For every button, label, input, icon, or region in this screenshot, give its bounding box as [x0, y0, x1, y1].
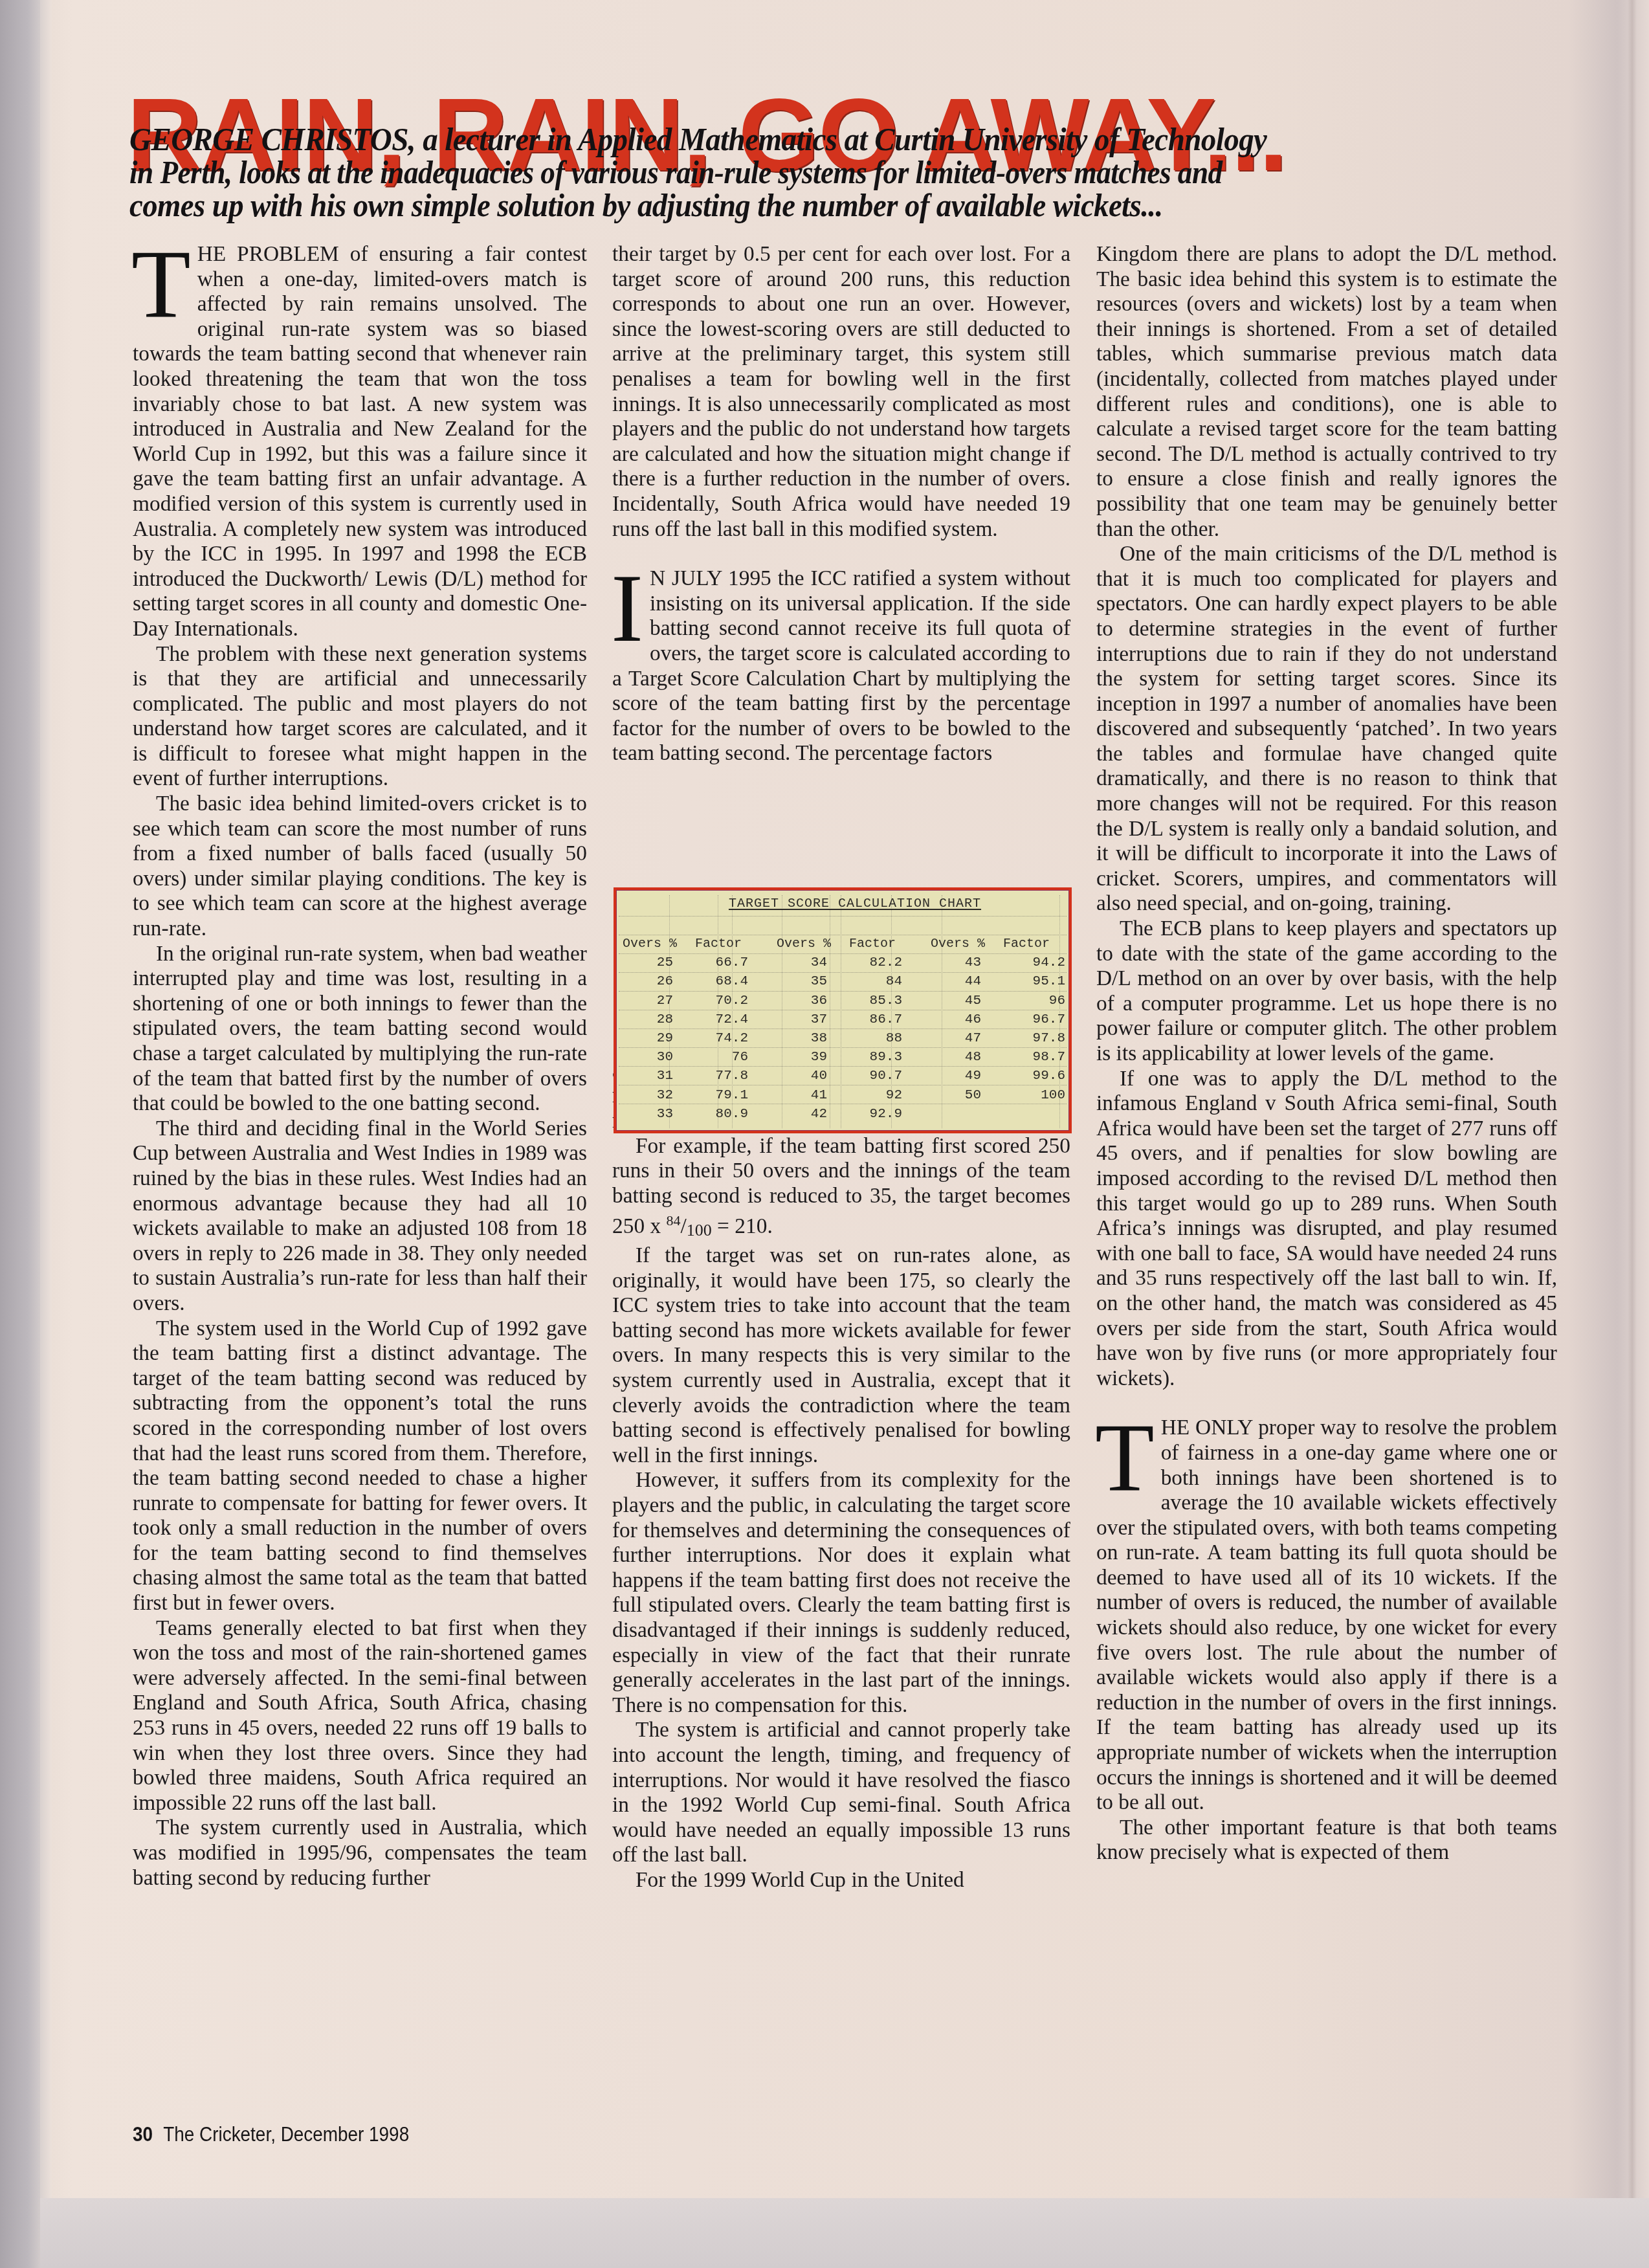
- table-cell: 50: [927, 1086, 1003, 1105]
- paragraph: For the 1999 World Cup in the United: [612, 1868, 1070, 1893]
- page-footer: 30The Cricketer, December 1998: [133, 2123, 409, 2146]
- table-cell: 27: [616, 992, 695, 1010]
- column-header: Factor: [695, 935, 773, 953]
- table-cell: 90.7: [849, 1067, 927, 1085]
- paragraph: The third and deciding final in the Worl…: [133, 1117, 587, 1317]
- chart-title-text: TARGET SCORE CALCULATION CHART: [704, 896, 981, 911]
- table-cell: 46: [927, 1010, 1003, 1029]
- table-cell: 49: [927, 1067, 1003, 1085]
- table-cell: 39: [773, 1048, 849, 1067]
- paragraph: In the original run-rate system, when ba…: [133, 942, 587, 1117]
- table-cell: 92: [849, 1086, 927, 1105]
- table-cell: 34: [773, 953, 849, 972]
- table-cell: 95.1: [1003, 972, 1069, 991]
- table-cell: [1003, 1105, 1069, 1124]
- standfirst-line: GEORGE CHRISTOS, a lecturer in Applied M…: [129, 123, 1492, 156]
- section-break: [1096, 1391, 1557, 1416]
- table-cell: 28: [616, 1010, 695, 1029]
- standfirst: GEORGE CHRISTOS, a lecturer in Applied M…: [129, 123, 1579, 222]
- paragraph: The other important feature is that both…: [1096, 1816, 1557, 1865]
- column-header: Factor: [849, 935, 927, 953]
- table-cell: 96.7: [1003, 1010, 1069, 1029]
- table-cell: 25: [616, 953, 695, 972]
- column-header: Overs %: [927, 935, 1003, 953]
- paragraph-text: of ensuring a fair contest when a one-da…: [133, 242, 587, 641]
- table-cell: 36: [773, 992, 849, 1010]
- page-fold-shadow: [1628, 0, 1637, 2198]
- page-edge: [40, 0, 52, 2198]
- chart-title: TARGET SCORE CALCULATION CHART: [616, 895, 1069, 913]
- paragraph: IN JULY 1995 the ICC ratified a system w…: [612, 566, 1070, 766]
- paragraph: If the target was set on run-rates alone…: [612, 1243, 1070, 1468]
- table-cell: 76: [695, 1048, 773, 1067]
- table-cell: 35: [773, 972, 849, 991]
- table-cell: 38: [773, 1029, 849, 1048]
- paragraph: If one was to apply the D/L method to th…: [1096, 1067, 1557, 1392]
- paragraph: their target by 0.5 per cent for each ov…: [612, 242, 1070, 542]
- table-cell: 97.8: [1003, 1029, 1069, 1048]
- table-cell: 99.6: [1003, 1067, 1069, 1085]
- table-cell: 80.9: [695, 1105, 773, 1124]
- table-cell: 72.4: [695, 1010, 773, 1029]
- table-cell: 96: [1003, 992, 1069, 1010]
- table-row: 2974.238884797.8: [616, 1029, 1069, 1048]
- table-cell: 84: [849, 972, 927, 991]
- table-cell: 37: [773, 1010, 849, 1029]
- table-cell: 43: [927, 953, 1003, 972]
- section-break: [612, 542, 1070, 566]
- table-row: 3380.94292.9: [616, 1105, 1069, 1124]
- paragraph: For example, if the team batting first s…: [612, 1134, 1070, 1243]
- table-cell: 26: [616, 972, 695, 991]
- table-cell: 44: [927, 972, 1003, 991]
- table-cell: 40: [773, 1067, 849, 1085]
- table-row: 30763989.34898.7: [616, 1048, 1069, 1067]
- paragraph: The system currently used in Australia, …: [133, 1816, 587, 1891]
- table-cell: 29: [616, 1029, 695, 1048]
- paragraph: The problem with these next generation s…: [133, 642, 587, 792]
- table-cell: 30: [616, 1048, 695, 1067]
- paragraph-text: 1995 the ICC ratified a system without i…: [612, 566, 1070, 765]
- table-cell: 47: [927, 1029, 1003, 1048]
- table-row: 2668.435844495.1: [616, 972, 1069, 991]
- table-cell: 42: [773, 1105, 849, 1124]
- fraction-denominator: 100: [687, 1221, 712, 1240]
- lead-in: HE PROBLEM: [197, 242, 339, 266]
- table-cell: 85.3: [849, 992, 927, 1010]
- table-row: 3279.1419250100: [616, 1086, 1069, 1105]
- table-cell: 66.7: [695, 953, 773, 972]
- standfirst-line: in Perth, looks at the inadequacies of v…: [129, 156, 1441, 189]
- article-column-3: Kingdom there are plans to adopt the D/L…: [1096, 242, 1557, 1865]
- standfirst-line: comes up with his own simple solution by…: [129, 189, 1485, 222]
- drop-cap: T: [131, 246, 191, 322]
- table-cell: 88: [849, 1029, 927, 1048]
- table-cell: 77.8: [695, 1067, 773, 1085]
- chart-table: Overs % Factor Overs % Factor Overs % Fa…: [616, 935, 1069, 1124]
- table-cell: 89.3: [849, 1048, 927, 1067]
- drop-cap: I: [611, 570, 643, 647]
- paragraph: THE ONLY proper way to resolve the probl…: [1096, 1416, 1557, 1816]
- column-header: Factor: [1003, 935, 1069, 953]
- drop-cap: T: [1095, 1419, 1155, 1496]
- paragraph-text: = 210.: [712, 1214, 773, 1238]
- table-cell: 48: [927, 1048, 1003, 1067]
- paragraph: The ECB plans to keep players and specta…: [1096, 917, 1557, 1067]
- table-cell: 68.4: [695, 972, 773, 991]
- paragraph: The basic idea behind limited-overs cric…: [133, 792, 587, 942]
- table-cell: 82.2: [849, 953, 927, 972]
- paragraph: However, it suffers from its complexity …: [612, 1468, 1070, 1718]
- scanner-background-bottom: [40, 2198, 1649, 2268]
- scanner-background-left: [0, 0, 40, 2268]
- paragraph: The system is artificial and cannot prop…: [612, 1718, 1070, 1868]
- table-header-row: Overs % Factor Overs % Factor Overs % Fa…: [616, 935, 1069, 953]
- table-cell: 94.2: [1003, 953, 1069, 972]
- gridline: [619, 916, 1067, 917]
- table-cell: 79.1: [695, 1086, 773, 1105]
- table-cell: 86.7: [849, 1010, 927, 1029]
- lead-in: N JULY: [650, 566, 722, 590]
- paragraph-text: proper way to resolve the problem of fai…: [1096, 1416, 1557, 1814]
- paragraph: One of the main criticisms of the D/L me…: [1096, 542, 1557, 917]
- target-score-chart: TARGET SCORE CALCULATION CHART Overs % F…: [614, 887, 1072, 1133]
- table-cell: 33: [616, 1105, 695, 1124]
- table-row: 2872.43786.74696.7: [616, 1010, 1069, 1029]
- table-cell: 74.2: [695, 1029, 773, 1048]
- page-number: 30: [133, 2123, 153, 2146]
- publication-line: The Cricketer, December 1998: [163, 2123, 409, 2146]
- lead-in: HE ONLY: [1161, 1416, 1253, 1440]
- paragraph: THE PROBLEM of ensuring a fair contest w…: [133, 242, 587, 642]
- paragraph-text: For example, if the team batting first s…: [612, 1134, 1070, 1239]
- paragraph: The system used in the World Cup of 1992…: [133, 1317, 587, 1616]
- column-header: Overs %: [773, 935, 849, 953]
- table-cell: 45: [927, 992, 1003, 1010]
- table-row: 3177.84090.74999.6: [616, 1067, 1069, 1085]
- table-cell: 31: [616, 1067, 695, 1085]
- table-cell: 100: [1003, 1086, 1069, 1105]
- article-column-1: THE PROBLEM of ensuring a fair contest w…: [133, 242, 587, 1891]
- paragraph: Teams generally elected to bat first whe…: [133, 1616, 587, 1816]
- table-cell: 32: [616, 1086, 695, 1105]
- table-cell: 98.7: [1003, 1048, 1069, 1067]
- table-cell: 70.2: [695, 992, 773, 1010]
- table-cell: 92.9: [849, 1105, 927, 1124]
- fraction-numerator: 84: [666, 1212, 680, 1228]
- column-header: Overs %: [616, 935, 695, 953]
- table-row: 2770.23685.34596: [616, 992, 1069, 1010]
- table-cell: 41: [773, 1086, 849, 1105]
- table-row: 2566.73482.24394.2: [616, 953, 1069, 972]
- table-cell: [927, 1105, 1003, 1124]
- paragraph: Kingdom there are plans to adopt the D/L…: [1096, 242, 1557, 542]
